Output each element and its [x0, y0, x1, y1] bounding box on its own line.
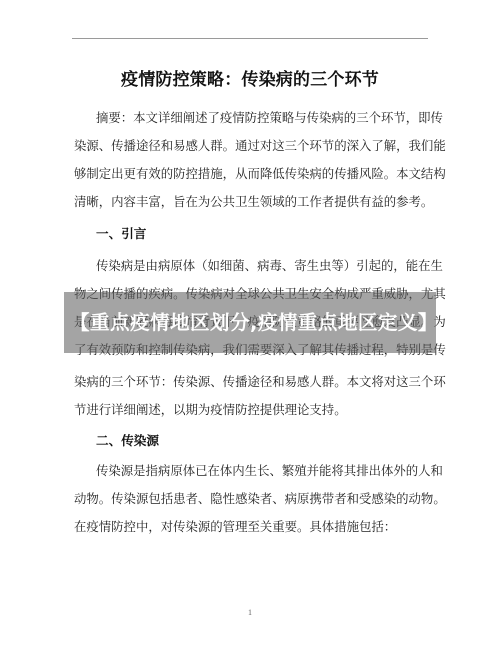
page-number: 1 [0, 608, 500, 617]
title-overlay-banner: 【重点疫情地区划分,疫情重点地区定义】 [64, 292, 436, 353]
section-heading-introduction: 一、引言 [96, 226, 146, 242]
overlay-caption: 【重点疫情地区划分,疫情重点地区定义】 [70, 311, 430, 334]
paragraph-line: 节进行详细阐述，以期为疫情防控提供理论支持。 [74, 402, 426, 418]
document-title: 疫情防控策略：传染病的三个环节 [0, 68, 500, 92]
paragraph-line: 传染病是由病原体（如细菌、病毒、寄生虫等）引起的，能在生 [96, 258, 448, 274]
header-rule [72, 38, 428, 39]
abstract-line: 够制定出更有效的防控措施，从而降低传染病的传播风险。本文结构 [74, 166, 426, 182]
abstract-line: 摘要：本文详细阐述了疫情防控策略与传染病的三个环节，即传 [96, 110, 448, 126]
paragraph-line: 染病的三个环节：传染源、传播途径和易感人群。本文将对这三个环 [74, 374, 426, 390]
paragraph-line: 动物。传染源包括患者、隐性感染者、病原携带者和受感染的动物。 [74, 491, 426, 507]
paragraph-line: 传染源是指病原体已在体内生长、繁殖并能将其排出体外的人和 [96, 463, 448, 479]
paragraph-line: 在疫情防控中，对传染源的管理至关重要。具体措施包括： [74, 519, 426, 535]
abstract-line: 清晰，内容丰富，旨在为公共卫生领域的工作者提供有益的参考。 [74, 194, 426, 210]
abstract-line: 染源、传播途径和易感人群。通过对这三个环节的深入了解，我们能 [74, 138, 426, 154]
section-heading-infection-source: 二、传染源 [96, 433, 159, 449]
